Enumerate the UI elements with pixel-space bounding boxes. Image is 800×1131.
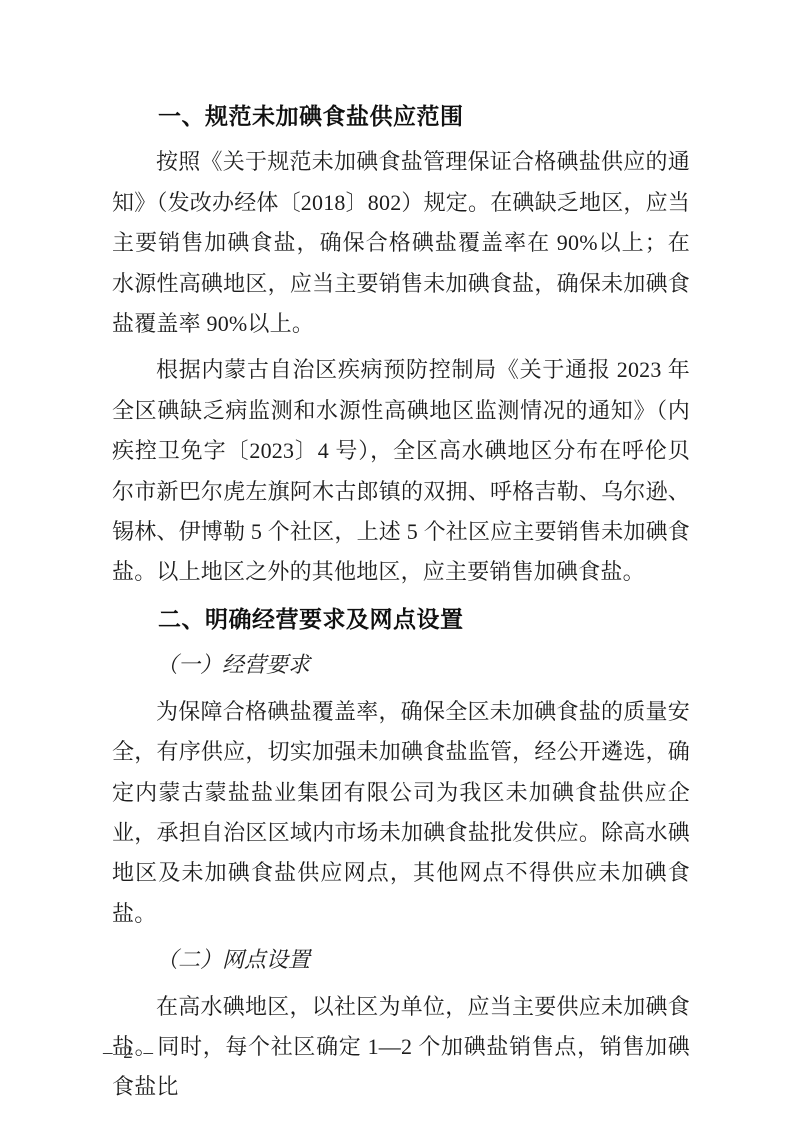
paragraph-outlet-setup: 在高水碘地区，以社区为单位，应当主要供应未加碘食盐。同时，每个社区确定 1—2 … (112, 987, 690, 1108)
section-heading-2: 二、明确经营要求及网点设置 (112, 599, 690, 639)
page-number: – 2 – (103, 1041, 156, 1065)
section-heading-1: 一、规范未加碘食盐供应范围 (112, 96, 690, 136)
subsection-heading-operation-requirements: （一）经营要求 (112, 645, 690, 685)
document-page: 一、规范未加碘食盐供应范围 按照《关于规范未加碘食盐管理保证合格碘盐供应的通知》… (0, 0, 800, 1131)
subsection-heading-outlet-setup: （二）网点设置 (112, 940, 690, 980)
paragraph-operation-requirements: 为保障合格碘盐覆盖率，确保全区未加碘食盐的质量安全，有序供应，切实加强未加碘食盐… (112, 692, 690, 934)
paragraph-supply-scope: 按照《关于规范未加碘食盐管理保证合格碘盐供应的通知》（发改办经体〔2018〕80… (112, 142, 690, 344)
document-body: 一、规范未加碘食盐供应范围 按照《关于规范未加碘食盐管理保证合格碘盐供应的通知》… (112, 96, 690, 1114)
paragraph-high-iodine-areas: 根据内蒙古自治区疾病预防控制局《关于通报 2023 年全区碘缺乏病监测和水源性高… (112, 350, 690, 592)
